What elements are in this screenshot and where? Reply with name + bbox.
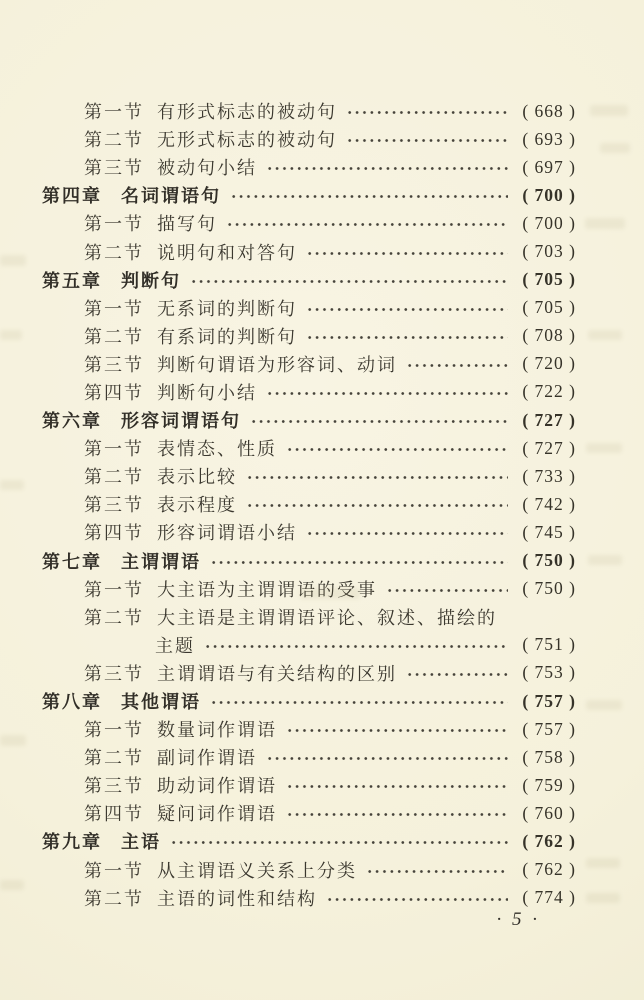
dot-leader [210,699,508,706]
toc-page-number: ( 705 ) [514,269,576,290]
toc-title: 形容词谓语句 [121,407,241,433]
toc-title: 无系词的判断句 [157,295,297,321]
toc-row: 第一节 无系词的判断句 ( 705 ) [42,294,576,322]
dot-leader [170,839,508,846]
toc-row: 第二节 大主语是主谓谓语评论、叙述、描绘的 [42,603,576,631]
dot-leader [246,502,508,509]
bleed-through-artifact [588,555,622,565]
toc-label: 第九章 [42,828,102,854]
toc-label: 第二节 [84,744,144,770]
toc-title: 数量词作谓语 [157,716,277,742]
dot-leader [366,868,508,875]
toc-page-number: ( 742 ) [514,494,576,515]
toc-row: 第三节 判断句谓语为形容词、动词 ( 720 ) [42,350,576,378]
toc-title: 名词谓语句 [121,182,221,208]
toc-label: 第二节 [84,885,144,911]
toc-title: 从主谓语义关系上分类 [157,857,357,883]
toc-label: 第一节 [84,295,144,321]
dot-leader [306,306,508,313]
toc-title: 无形式标志的被动句 [157,126,337,152]
toc-page-number: ( 757 ) [514,719,576,740]
toc-row: 第八章 其他谓语 ( 757 ) [42,687,576,715]
toc-row: 第五章 判断句 ( 705 ) [42,266,576,294]
toc-label: 第一节 [84,435,144,461]
toc-page-number: ( 727 ) [514,410,576,431]
dot-leader [286,783,508,790]
toc-title: 表示比较 [157,463,237,489]
toc-page-number: ( 759 ) [514,775,576,796]
toc-list: 第一节 有形式标志的被动句 ( 668 ) 第二节 无形式标志的被动句 ( 69… [42,97,576,912]
toc-title: 判断句谓语为形容词、动词 [157,351,397,377]
toc-page-number: ( 693 ) [514,129,576,150]
dot-leader [406,362,508,369]
bleed-through-artifact [0,735,26,746]
toc-page-number: ( 750 ) [514,550,576,571]
page-number-footer: · 5 · [497,909,541,931]
dot-leader [226,221,508,228]
toc-page-number: ( 727 ) [514,438,576,459]
toc-title: 大主语是主谓谓语评论、叙述、描绘的 [157,604,497,630]
bleed-through-artifact [585,218,625,229]
toc-row: 主题 ( 751 ) [42,631,576,659]
toc-page-number: ( 762 ) [514,859,576,880]
toc-title: 表情态、性质 [157,435,277,461]
toc-page-number: ( 722 ) [514,381,576,402]
toc-page-number: ( 705 ) [514,297,576,318]
toc-row: 第九章 主语 ( 762 ) [42,827,576,855]
toc-label: 第三节 [84,154,144,180]
toc-label: 第三节 [84,660,144,686]
toc-page-number: ( 750 ) [514,578,576,599]
toc-label: 第二节 [84,126,144,152]
toc-row: 第六章 形容词谓语句 ( 727 ) [42,406,576,434]
toc-row: 第一节 大主语为主谓谓语的受事 ( 750 ) [42,575,576,603]
dot-leader [190,278,508,285]
toc-title: 有系词的判断句 [157,323,297,349]
toc-row: 第一节 描写句 ( 700 ) [42,209,576,237]
dot-leader [386,587,508,594]
toc-title: 助动词作谓语 [157,772,277,798]
toc-label: 第一节 [84,716,144,742]
bleed-through-artifact [588,330,622,340]
toc-page-number: ( 708 ) [514,325,576,346]
toc-label: 第二节 [84,463,144,489]
toc-page-number: ( 745 ) [514,522,576,543]
toc-title: 主语的词性和结构 [157,885,317,911]
toc-row: 第二节 无形式标志的被动句 ( 693 ) [42,125,576,153]
toc-row: 第四节 疑问词作谓语 ( 760 ) [42,799,576,827]
toc-title: 主题 [155,632,195,658]
toc-page-number: ( 703 ) [514,241,576,262]
bleed-through-artifact [586,443,622,453]
toc-row: 第二节 说明句和对答句 ( 703 ) [42,237,576,265]
toc-label: 第二节 [84,323,144,349]
toc-title: 主语 [121,828,161,854]
toc-row: 第一节 有形式标志的被动句 ( 668 ) [42,97,576,125]
toc-row: 第二节 主语的词性和结构 ( 774 ) [42,884,576,912]
toc-row: 第三节 被动句小结 ( 697 ) [42,153,576,181]
dot-leader [306,530,508,537]
toc-label: 第二节 [84,239,144,265]
toc-page-number: ( 758 ) [514,747,576,768]
toc-label: 第六章 [42,407,102,433]
dot-leader [250,418,508,425]
toc-page-number: ( 720 ) [514,353,576,374]
dot-leader [266,390,508,397]
dot-leader [210,559,508,566]
toc-title: 判断句 [121,267,181,293]
toc-title: 主谓谓语与有关结构的区别 [157,660,397,686]
toc-label: 第八章 [42,688,102,714]
bleed-through-artifact [590,105,628,116]
dot-leader [326,896,508,903]
toc-row: 第七章 主谓谓语 ( 750 ) [42,547,576,575]
toc-row: 第三节 主谓谓语与有关结构的区别 ( 753 ) [42,659,576,687]
toc-label: 第三节 [84,351,144,377]
toc-page-number: ( 760 ) [514,803,576,824]
toc-page-number: ( 733 ) [514,466,576,487]
toc-title: 大主语为主谓谓语的受事 [157,576,377,602]
toc-label: 第四节 [84,800,144,826]
dot-leader [346,109,508,116]
toc-title: 形容词谓语小结 [157,519,297,545]
book-page: 第一节 有形式标志的被动句 ( 668 ) 第二节 无形式标志的被动句 ( 69… [0,0,644,1000]
toc-label: 第五章 [42,267,102,293]
toc-page-number: ( 751 ) [514,634,576,655]
toc-page-number: ( 757 ) [514,691,576,712]
toc-page-number: ( 700 ) [514,213,576,234]
toc-title: 描写句 [157,210,217,236]
toc-label: 第二节 [84,604,144,630]
bleed-through-artifact [0,330,22,340]
dot-leader [286,727,508,734]
toc-page-number: ( 697 ) [514,157,576,178]
bleed-through-artifact [0,480,24,490]
dot-leader [266,165,508,172]
toc-row: 第二节 副词作谓语 ( 758 ) [42,743,576,771]
toc-page-number: ( 753 ) [514,662,576,683]
toc-label: 第一节 [84,210,144,236]
toc-label: 第四节 [84,379,144,405]
toc-row: 第一节 表情态、性质 ( 727 ) [42,434,576,462]
toc-row: 第四节 判断句小结 ( 722 ) [42,378,576,406]
toc-title: 副词作谓语 [157,744,257,770]
dot-leader [266,755,508,762]
toc-row: 第四节 形容词谓语小结 ( 745 ) [42,518,576,546]
bleed-through-artifact [586,893,620,903]
toc-title: 判断句小结 [157,379,257,405]
toc-label: 第三节 [84,772,144,798]
bleed-through-artifact [600,143,630,153]
toc-row: 第三节 表示程度 ( 742 ) [42,490,576,518]
toc-row: 第一节 数量词作谓语 ( 757 ) [42,715,576,743]
toc-page-number: ( 762 ) [514,831,576,852]
bleed-through-artifact [586,700,622,710]
dot-leader [286,811,508,818]
toc-label: 第三节 [84,491,144,517]
toc-label: 第一节 [84,576,144,602]
toc-label: 第四章 [42,182,102,208]
toc-title: 其他谓语 [121,688,201,714]
toc-page-number: ( 700 ) [514,185,576,206]
bleed-through-artifact [586,858,620,868]
dot-leader [286,446,508,453]
dot-leader [406,671,508,678]
toc-title: 疑问词作谓语 [157,800,277,826]
toc-title: 表示程度 [157,491,237,517]
dot-leader [346,137,508,144]
toc-row: 第二节 有系词的判断句 ( 708 ) [42,322,576,350]
toc-title: 主谓谓语 [121,548,201,574]
toc-label: 第一节 [84,857,144,883]
bleed-through-artifact [0,880,24,890]
dot-leader [246,474,508,481]
toc-row: 第二节 表示比较 ( 733 ) [42,462,576,490]
dot-leader [306,334,508,341]
toc-label: 第四节 [84,519,144,545]
toc-title: 被动句小结 [157,154,257,180]
toc-label: 第七章 [42,548,102,574]
toc-label: 第一节 [84,98,144,124]
toc-page-number: ( 668 ) [514,101,576,122]
toc-title: 有形式标志的被动句 [157,98,337,124]
dot-leader [306,250,508,257]
toc-row: 第一节 从主谓语义关系上分类 ( 762 ) [42,856,576,884]
dot-leader [204,643,508,650]
dot-leader [230,193,508,200]
bleed-through-artifact [0,255,26,266]
toc-row: 第四章 名词谓语句 ( 700 ) [42,181,576,209]
toc-title: 说明句和对答句 [157,239,297,265]
toc-row: 第三节 助动词作谓语 ( 759 ) [42,771,576,799]
toc-page-number: ( 774 ) [514,887,576,908]
